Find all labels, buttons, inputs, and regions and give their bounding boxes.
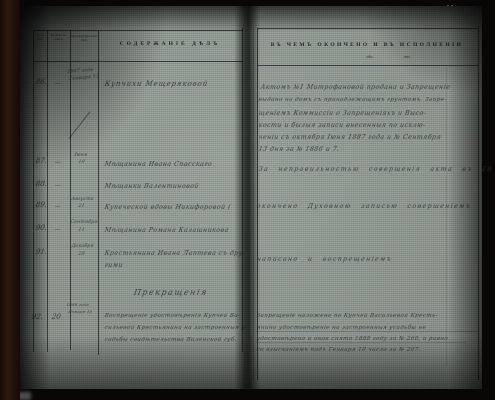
resolution-line: окончено Духовною записью совершеніемъ xyxy=(256,203,472,210)
row-case-number: — xyxy=(54,159,61,166)
row-number: 86. xyxy=(35,78,48,86)
row-number: 91. xyxy=(35,248,48,256)
row-content-line: гими xyxy=(104,262,123,269)
row-content-line: Купчихи Мещеряковой xyxy=(104,80,209,88)
folio-number: 44 xyxy=(444,4,454,12)
right-margin-faint-line xyxy=(446,66,447,366)
resolution-line: 13 дня за № 1886 и 7. xyxy=(258,146,340,153)
row-case-number: 20 xyxy=(51,313,61,321)
row-case-number: — xyxy=(54,80,61,87)
left-col2-header: № дѣла по описи xyxy=(47,33,70,41)
right-page-right-frame xyxy=(478,26,479,380)
row-case-number: — xyxy=(54,203,61,210)
row-number: 90. xyxy=(35,224,48,232)
ledger-scan-photo: 44 № по пор. № дѣла по описи Время вступ… xyxy=(0,0,495,400)
right-table-top-rule xyxy=(257,28,478,29)
row-date-month: Сентября xyxy=(70,220,98,225)
row-date-month: Іюня xyxy=(74,153,88,158)
left-col3-header: Время вступленія дѣла xyxy=(70,34,98,42)
row-number: 92. xyxy=(31,313,44,321)
row-content-line: сильевой Крестьянина на застроенныя у- xyxy=(104,325,248,331)
row-content-line: Крестьянина Ивана Лаптева съ дру- xyxy=(104,250,246,257)
row-case-number: — xyxy=(54,226,61,233)
left-table-top-rule xyxy=(33,30,243,31)
resolution-line: За неправильностью совершенія акта въ 18… xyxy=(258,166,495,173)
resolution-line: написано и воспрещеніемъ xyxy=(256,256,393,263)
row-number: 89. xyxy=(35,201,48,209)
row-content-line: Мѣщанина Ивана Спасскаго xyxy=(104,161,213,168)
left-header-underline xyxy=(33,61,243,62)
right-subheader-month: мѣс. xyxy=(366,54,374,59)
resolution-line: щеніемъ Коммиссіи о Запрещеніяхъ и Высо- xyxy=(258,110,427,117)
resolution-line: Актомъ №1 Митрофановой продана и Запреще… xyxy=(260,84,451,91)
row-date-month: Декабря xyxy=(71,244,94,249)
row-date-month: Августа xyxy=(71,197,94,202)
left-col1-header: № по пор. xyxy=(33,33,47,41)
right-header-underline xyxy=(257,65,478,66)
row-content-line: Купеческой вдовы Никифоровой ( xyxy=(104,204,231,211)
row-content-line: Мѣщанки Валентиновой xyxy=(104,183,200,190)
row-date-day: 21 xyxy=(78,204,85,209)
resolution-line: ченіи съ октября Іюня 1887 года и № Сент… xyxy=(258,134,442,141)
row-date-day: 19 xyxy=(78,160,85,165)
pen-rule-stroke xyxy=(256,342,466,343)
row-date-year: 1888 года xyxy=(66,302,89,307)
row-content-line: садьбы свидѣтельства Виленской губ. xyxy=(104,337,237,343)
row-number: 87. xyxy=(35,157,48,165)
right-page-inner-edge-line xyxy=(253,28,254,380)
left-col-line-1 xyxy=(33,30,34,352)
row-case-number: — xyxy=(54,182,61,189)
row-content-line: Мѣщанина Романа Калашникова xyxy=(104,227,229,234)
row-date-day: Января 10 xyxy=(68,309,93,314)
row-number: 88. xyxy=(35,180,48,188)
resolution-line: Запрещеніе наложено по Купчей Васильевой… xyxy=(256,313,438,319)
left-page-edge-line xyxy=(242,28,243,352)
section-heading: Прекращенія xyxy=(110,288,232,297)
pen-rule-stroke xyxy=(256,331,478,332)
book-cover-edge xyxy=(0,0,20,400)
row-date-day: 29 xyxy=(78,252,85,257)
right-resolution-header: ВЪ ЧЕМЪ ОКОНЧЕНО И ВЪ ИСПОЛНЕНІИ xyxy=(260,42,474,48)
resolution-line: выдано на домъ съ принадлежащимъ грунтом… xyxy=(258,97,447,103)
right-subheader-day: чис. xyxy=(404,54,411,59)
resolution-line: кости и былыя записи внесенныя по исклю- xyxy=(258,122,426,129)
resolution-line: со взысканіемъ подъ Генваря 10 числа за … xyxy=(256,347,421,353)
row-date-day: 11 xyxy=(78,228,85,233)
left-contents-header: СОДЕРЖАНІЕ ДѢЛЪ xyxy=(100,41,240,47)
row-content-line: Воспрещеніе удостовѣренія Купчей Ва- xyxy=(104,313,241,319)
